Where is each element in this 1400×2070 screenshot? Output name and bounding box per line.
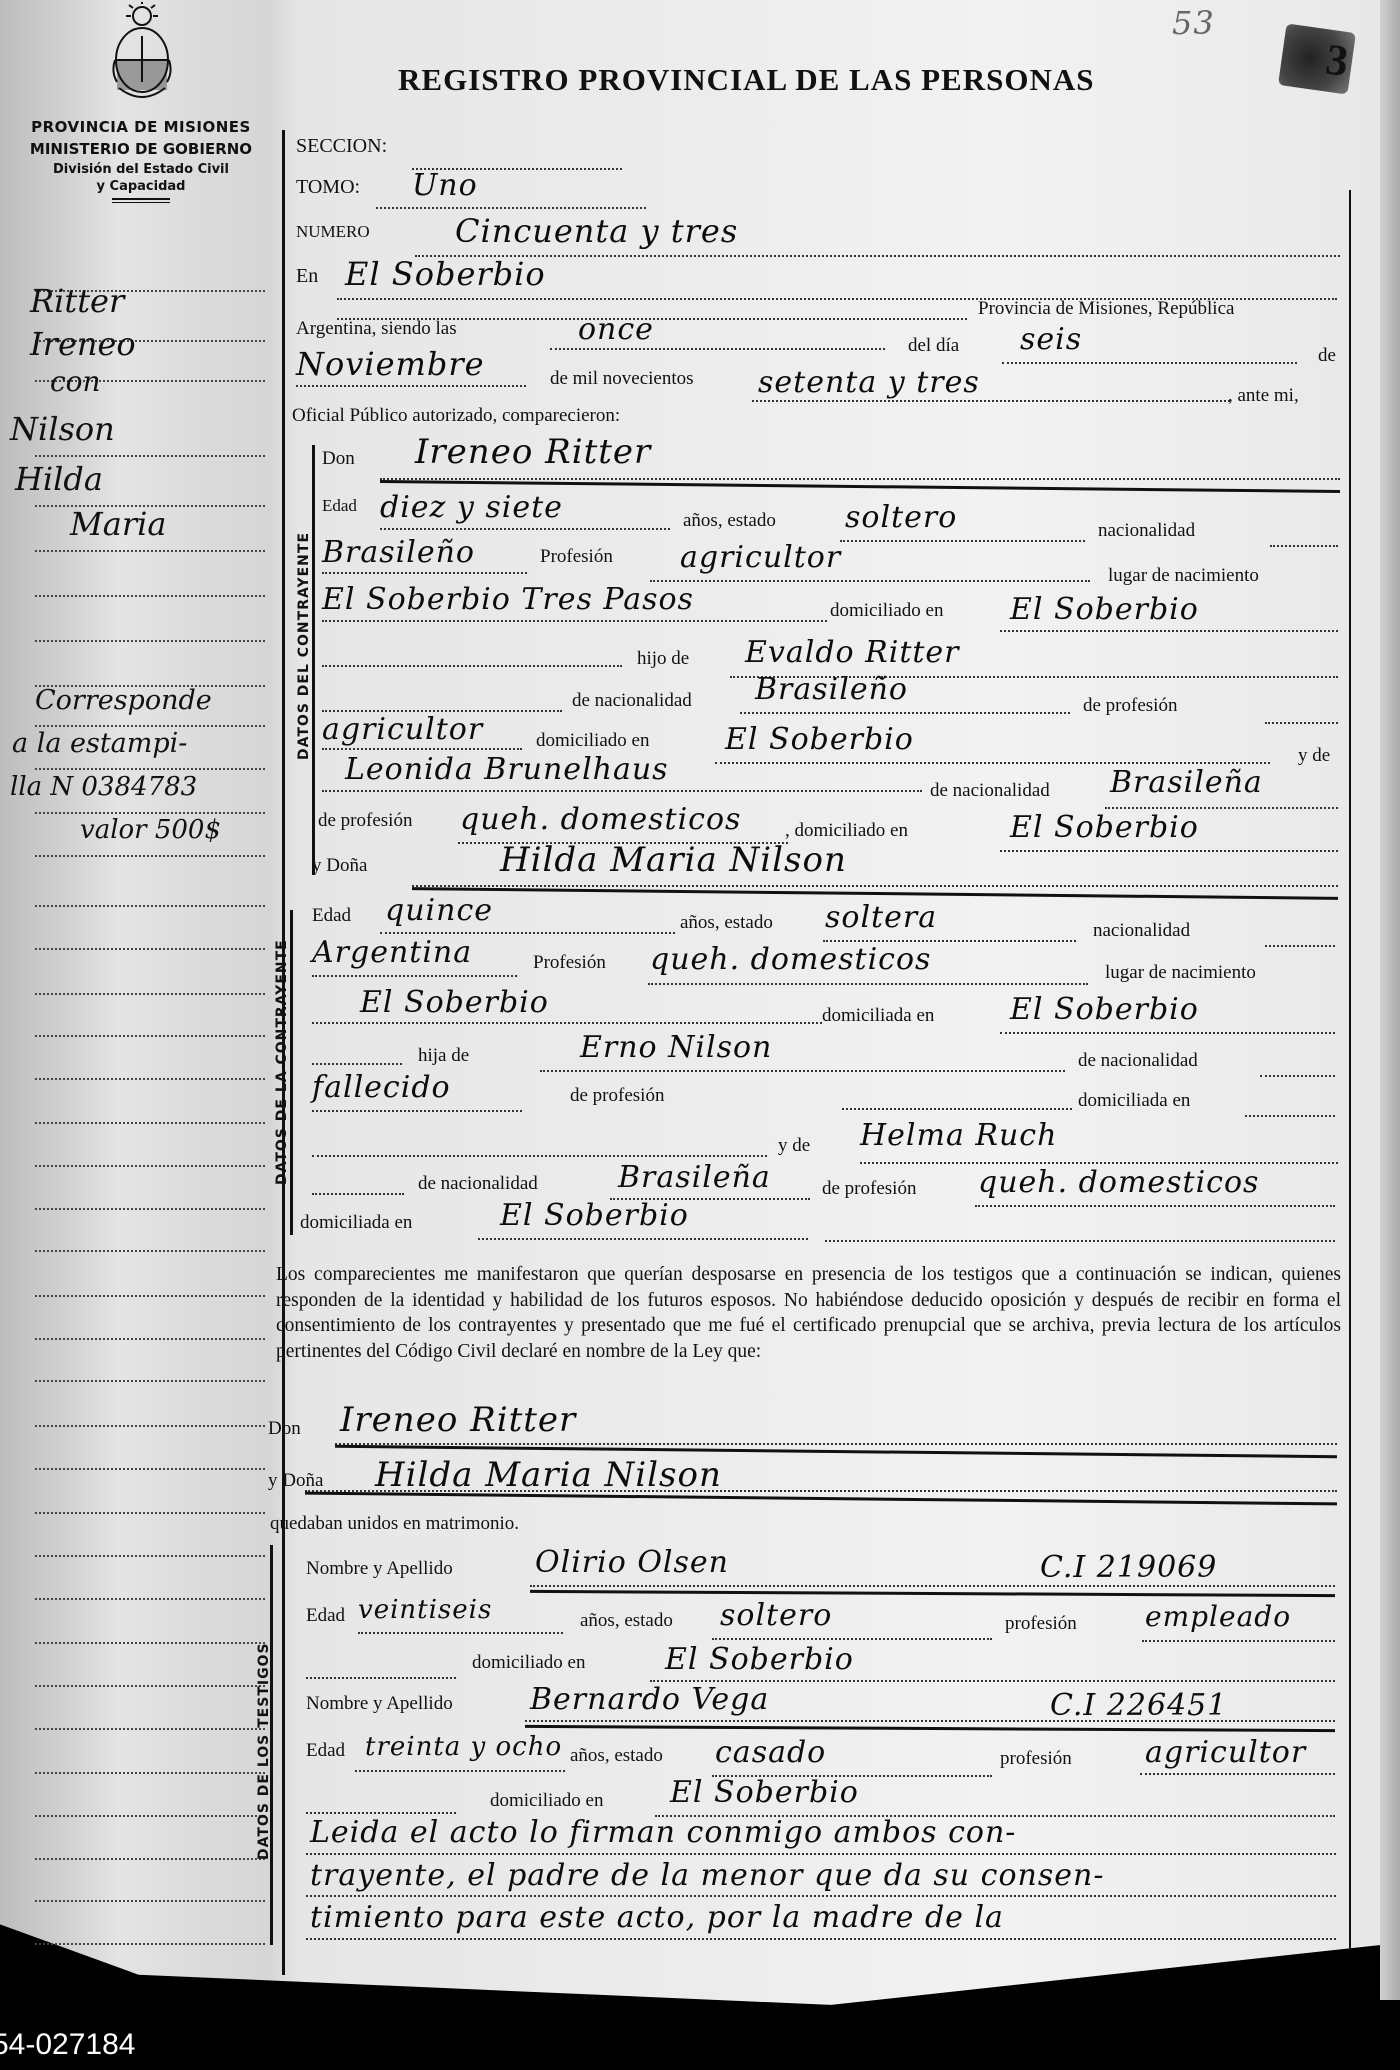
padre-domicilio: El Soberbio: [725, 722, 914, 757]
padre-prof-label: de profesión: [570, 1085, 664, 1107]
mes-value: Noviembre: [296, 345, 485, 383]
document-title: REGISTRO PROVINCIAL DE LAS PERSONAS: [398, 62, 1094, 98]
contrayente-madre: Leonida Brunelhaus: [345, 752, 669, 787]
tomo-label: TOMO:: [296, 176, 360, 199]
issuer-division: División del Estado Civil: [10, 162, 272, 177]
decl-don-label: Don: [268, 1418, 301, 1440]
issuer-block: PROVINCIA DE MISIONES MINISTERIO DE GOBI…: [10, 118, 272, 203]
margin-stamp-note: lla N 0384783: [10, 772, 197, 802]
testigo-profesion-label: profesión: [1000, 1748, 1072, 1770]
testigo-profesion-label: profesión: [1005, 1613, 1077, 1635]
domiciliada-label: domiciliada en: [822, 1005, 934, 1027]
contrayente-nacionalidad: Brasileño: [322, 535, 475, 570]
en-label: En: [296, 265, 318, 288]
margin-stamp-note: Corresponde: [35, 685, 212, 716]
scan-id: 54-027184: [0, 2028, 135, 2062]
profesion-label: Profesión: [540, 546, 613, 568]
de-profesion-label: de profesión: [1083, 695, 1177, 717]
contrayente-domicilio: El Soberbio: [1010, 592, 1199, 627]
issuer-capacity: y Capacidad: [10, 179, 272, 194]
margin-name-line: Ireneo: [30, 325, 136, 363]
archive-stamp: 3: [1278, 23, 1356, 94]
hijo-de-label: hijo de: [637, 648, 689, 670]
nacionalidad-label: nacionalidad: [1098, 520, 1195, 542]
provincia-text: Provincia de Misiones, República: [978, 298, 1234, 320]
contrayenta-estado: soltera: [825, 900, 937, 935]
y-de-label: y de: [778, 1135, 810, 1157]
nacionalidad-label: nacionalidad: [1093, 920, 1190, 942]
madre-profesion: queh. domesticos: [460, 802, 741, 837]
margin-stamp-note: valor 500$: [80, 815, 221, 845]
madre-prof-label: de profesión: [318, 810, 412, 832]
de-label: de: [1318, 345, 1336, 367]
testigo-nombre: Bernardo Vega: [530, 1682, 769, 1717]
madre-dom-label: domiciliada en: [300, 1212, 412, 1234]
tomo-value: Uno: [412, 168, 478, 203]
testigo-profesion: agricultor: [1145, 1735, 1306, 1770]
contrayenta-nacionalidad: Argentina: [312, 935, 472, 970]
hija-de-label: hija de: [418, 1045, 469, 1067]
contrayenta-section-label: DATOS DE LA CONTRAYENTE: [274, 939, 290, 1185]
profesion-label: Profesión: [533, 952, 606, 974]
testigo-domicilio: El Soberbio: [665, 1642, 854, 1677]
padre-nac-label: de nacionalidad: [1078, 1050, 1198, 1072]
y-de-label: y de: [1298, 745, 1330, 767]
testigo-estado: soltero: [720, 1598, 832, 1633]
testigo-edad-label: Edad: [306, 1605, 345, 1627]
closing-note-line: trayente, el padre de la menor que da su…: [310, 1858, 1104, 1893]
contrayente-padre: Evaldo Ritter: [745, 635, 960, 670]
testigo-estado: casado: [715, 1735, 826, 1770]
madre-prof-label: de profesión: [822, 1178, 916, 1200]
testigo-profesion: empleado: [1145, 1600, 1291, 1633]
dia-value: seis: [1020, 322, 1082, 357]
anios-estado-label: años, estado: [683, 510, 776, 532]
contrayenta-madre-nacionalidad: Brasileña: [618, 1160, 771, 1195]
padre-domicilio-label: domiciliado en: [536, 730, 649, 752]
contrayente-profesion: agricultor: [680, 540, 841, 575]
testigo-domiciliado-label: domiciliado en: [490, 1790, 603, 1812]
testigo-edad: veintiseis: [358, 1595, 492, 1625]
dona-label: y Doña: [312, 855, 367, 877]
page-edge: [1380, 0, 1400, 2000]
hora-value: once: [578, 312, 654, 347]
contrayente-estado: soltero: [845, 500, 957, 535]
margin-name-line: Ritter: [30, 282, 124, 320]
contrayenta-nombre: Hilda Maria Nilson: [500, 840, 847, 880]
contrayenta-profesion: queh. domesticos: [650, 942, 931, 977]
de-mil-label: de mil novecientos: [550, 368, 694, 390]
page-number: 53: [1172, 4, 1215, 42]
edad-label: Edad: [322, 496, 357, 516]
contrayente-lugar-nacimiento: El Soberbio Tres Pasos: [322, 582, 694, 617]
contrayente-edad: diez y siete: [380, 490, 563, 525]
issuer-province: PROVINCIA DE MISIONES: [10, 118, 272, 136]
right-border: [1349, 190, 1351, 1950]
seccion-label: SECCION:: [296, 135, 387, 158]
margin-name-line: con: [50, 365, 101, 398]
madre-domicilio: El Soberbio: [1010, 810, 1199, 845]
decl-don-value: Ireneo Ritter: [340, 1400, 576, 1440]
testigo-edad-label: Edad: [306, 1740, 345, 1762]
testigo-nombre-label: Nombre y Apellido: [306, 1693, 453, 1715]
issuer-ministry: MINISTERIO DE GOBIERNO: [10, 140, 272, 158]
del-dia-label: del día: [908, 335, 959, 357]
don-label: Don: [322, 448, 355, 470]
coat-of-arms-icon: [107, 2, 177, 110]
padre-fallecido: fallecido: [312, 1070, 451, 1105]
domiciliado-label: domiciliado en: [830, 600, 943, 622]
contrayenta-lugar-nacimiento: El Soberbio: [360, 985, 549, 1020]
testigo-ci: C.I 219069: [1040, 1550, 1217, 1585]
madre-dom-label: , domiciliado en: [785, 820, 908, 842]
decl-dona-label: y Doña: [268, 1470, 323, 1492]
closing-note-line: Leida el acto lo firman conmigo ambos co…: [310, 1815, 1016, 1850]
contrayenta-edad: quince: [385, 893, 493, 928]
closing-note-line: timiento para este acto, por la madre de…: [310, 1900, 1004, 1935]
argentina-text: Argentina, siendo las: [296, 318, 457, 340]
anio-value: setenta y tres: [758, 365, 980, 400]
contrayente-nombre: Ireneo Ritter: [415, 432, 651, 472]
declaration-paragraph: Los comparecientes me manifestaron que q…: [276, 1262, 1341, 1364]
numero-label: NUMERO: [296, 222, 370, 242]
issuer-underline: [112, 198, 170, 203]
testigo-domicilio: El Soberbio: [670, 1775, 859, 1810]
testigo-nombre-label: Nombre y Apellido: [306, 1558, 453, 1580]
madre-nac-label: de nacionalidad: [930, 780, 1050, 802]
stamp-number: 3: [1323, 34, 1352, 88]
testigo-anios-estado-label: años, estado: [580, 1610, 673, 1632]
testigo-domiciliado-label: domiciliado en: [472, 1652, 585, 1674]
padre-profesion: agricultor: [322, 712, 483, 747]
padre-dom-label: domiciliada en: [1078, 1090, 1190, 1112]
margin-name-line: Nilson: [10, 410, 115, 448]
margin-stamp-note: a la estampi-: [12, 728, 187, 759]
lugar-nac-label: lugar de nacimiento: [1108, 565, 1259, 587]
decl-closing: quedaban unidos en matrimonio.: [270, 1513, 519, 1535]
edad-label: Edad: [312, 905, 351, 927]
ante-mi-label: , ante mi,: [1228, 385, 1299, 407]
padre-nacionalidad: Brasileño: [755, 672, 908, 707]
lugar-nac-label: lugar de nacimiento: [1105, 962, 1256, 984]
contrayenta-madre: Helma Ruch: [860, 1118, 1057, 1153]
contrayenta-madre-profesion: queh. domesticos: [978, 1165, 1259, 1200]
testigos-section-label: DATOS DE LOS TESTIGOS: [256, 1642, 272, 1860]
contrayenta-padre: Erno Nilson: [580, 1030, 772, 1065]
oficial-text: Oficial Público autorizado, compareciero…: [292, 405, 620, 427]
testigo-anios-estado-label: años, estado: [570, 1745, 663, 1767]
numero-value: Cincuenta y tres: [455, 212, 738, 250]
margin-name-line: Hilda: [15, 460, 103, 498]
madre-nac-label: de nacionalidad: [418, 1173, 538, 1195]
madre-nacionalidad: Brasileña: [1110, 765, 1263, 800]
contrayente-section-label: DATOS DEL CONTRAYENTE: [296, 532, 312, 760]
anios-estado-label: años, estado: [680, 912, 773, 934]
testigo-nombre: Olirio Olsen: [535, 1545, 729, 1580]
en-value: El Soberbio: [345, 255, 546, 293]
contrayenta-madre-domicilio: El Soberbio: [500, 1198, 689, 1233]
margin-name-line: Maria: [70, 505, 166, 543]
testigo-edad: treinta y ocho: [365, 1732, 562, 1762]
de-nacionalidad-label: de nacionalidad: [572, 690, 692, 712]
contrayenta-domicilio: El Soberbio: [1010, 992, 1199, 1027]
testigo-ci: C.I 226451: [1050, 1688, 1227, 1723]
decl-dona-value: Hilda Maria Nilson: [375, 1455, 722, 1495]
